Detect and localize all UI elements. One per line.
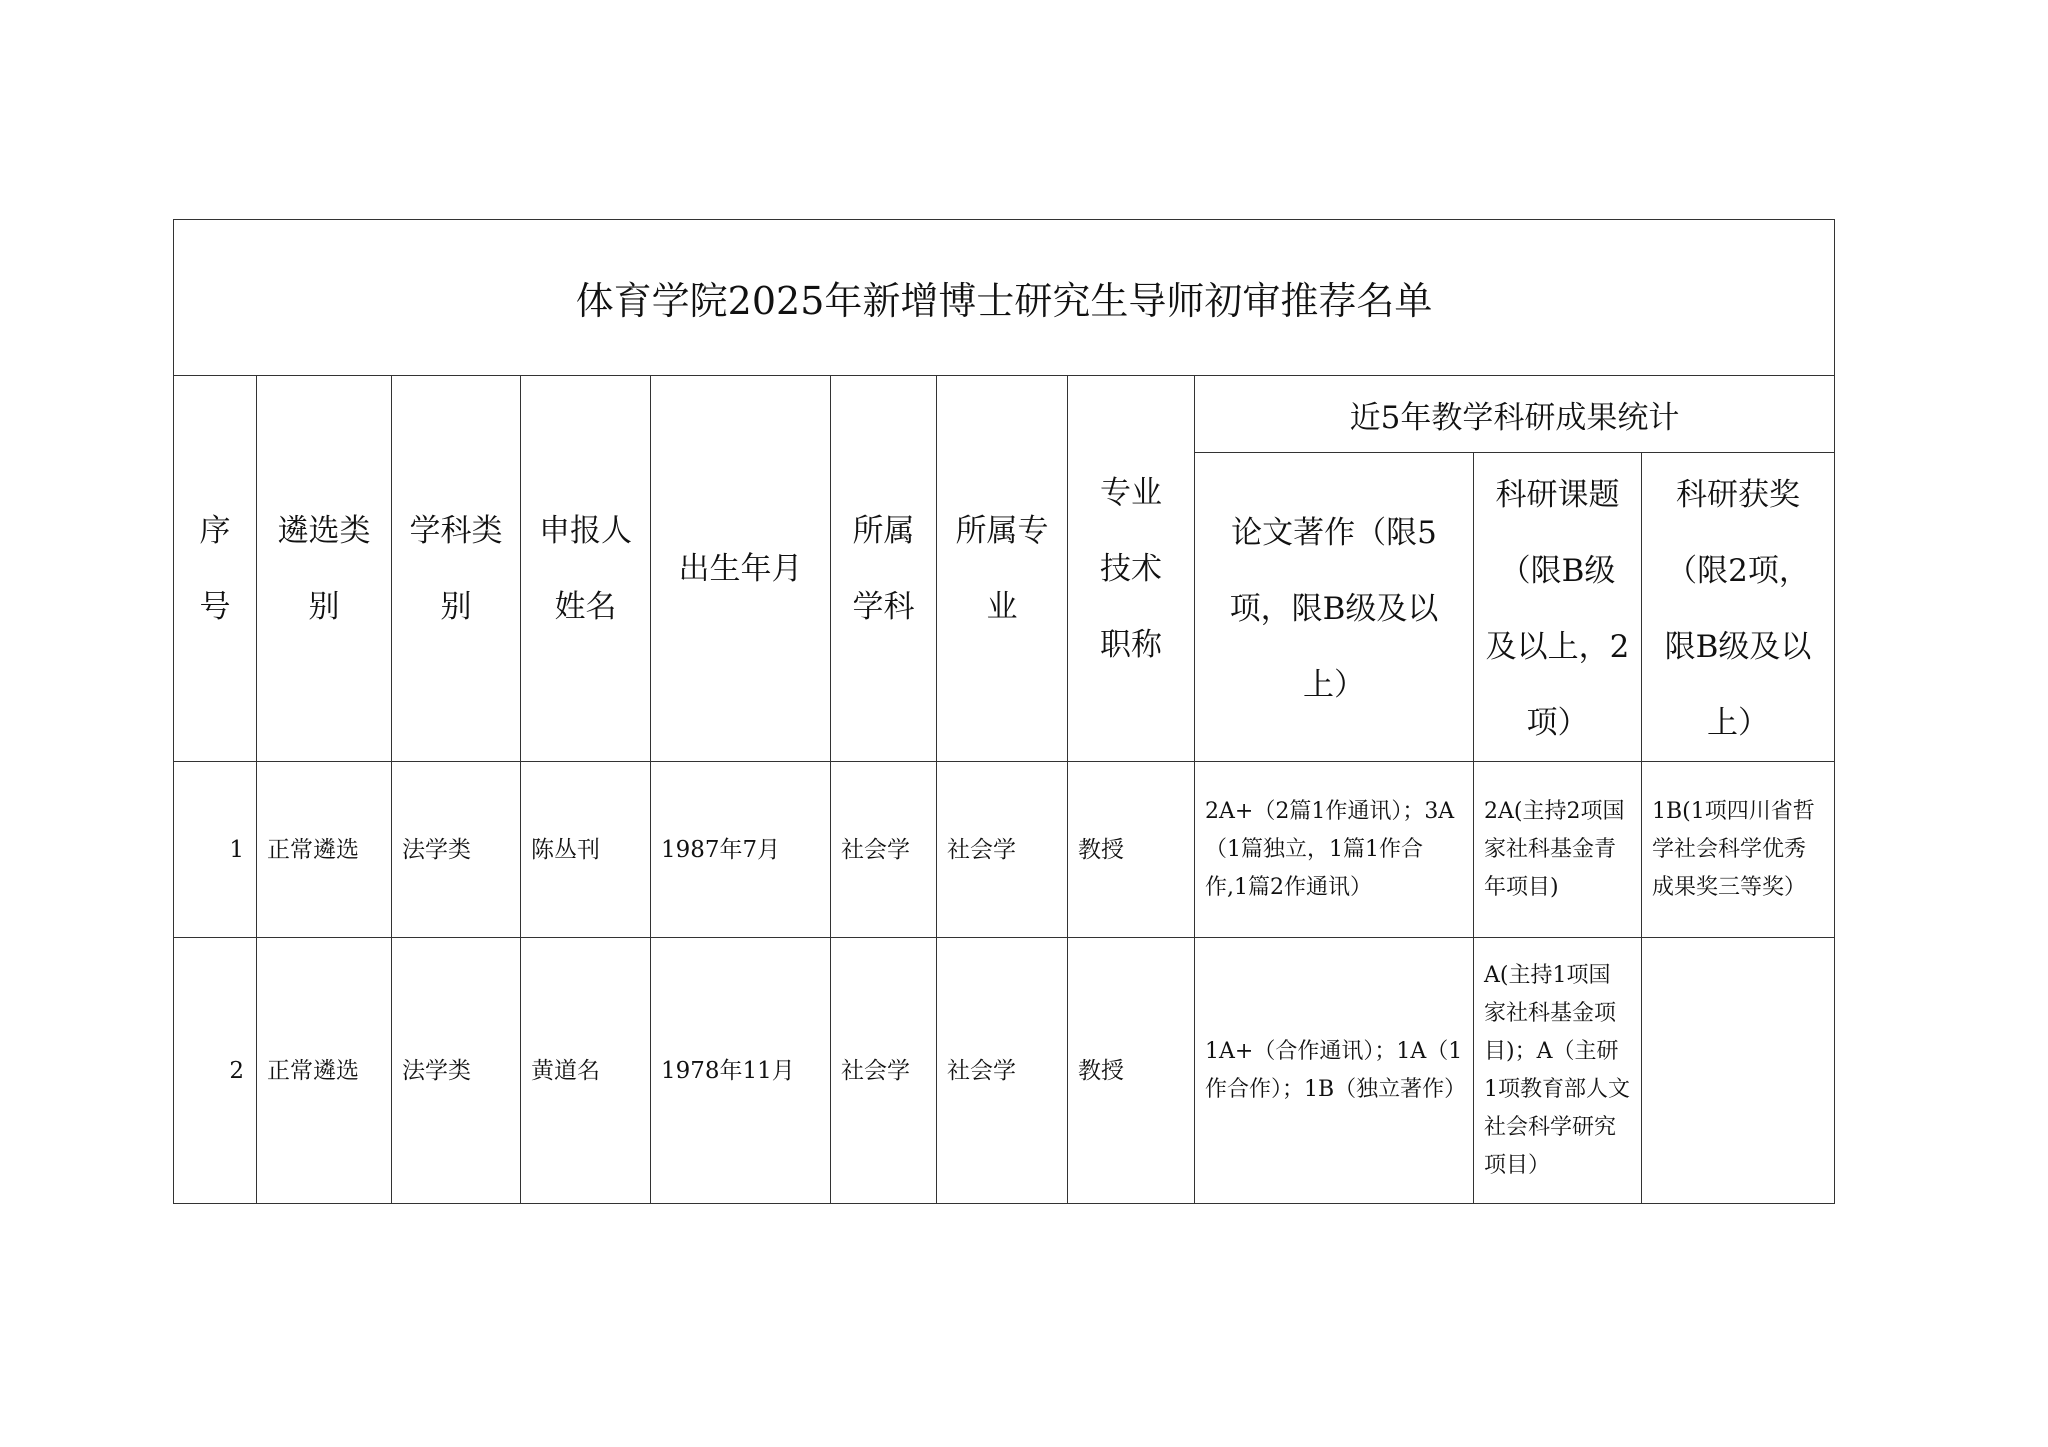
header-discipline-label: 所属学科 — [848, 493, 920, 645]
header-awards-label: 科研获奖（限2项，限B级及以上） — [1653, 457, 1823, 761]
cell-applicant-name: 陈丛刊 — [521, 762, 651, 938]
table-row: 2 正常遴选 法学类 黄道名 1978年11月 社会学 社会学 教授 1A+（合… — [174, 938, 1835, 1204]
header-selection-type-label: 遴选类别 — [270, 493, 378, 645]
cell-applicant-name: 黄道名 — [521, 938, 651, 1204]
header-birth: 出生年月 — [651, 376, 831, 762]
header-projects-label: 科研课题（限B级及以上，2项） — [1485, 457, 1630, 761]
header-seq: 序号 — [174, 376, 257, 762]
table-row: 1 正常遴选 法学类 陈丛刊 1987年7月 社会学 社会学 教授 2A+（2篇… — [174, 762, 1835, 938]
header-discipline: 所属学科 — [831, 376, 937, 762]
cell-projects: A(主持1项国家社科基金项目)；A（主研1项教育部人文社会科学研究项目） — [1474, 938, 1642, 1204]
cell-seq: 2 — [174, 938, 257, 1204]
cell-papers: 1A+（合作通讯）；1A（1作合作）；1B（独立著作） — [1195, 938, 1474, 1204]
cell-birth: 1978年11月 — [651, 938, 831, 1204]
header-applicant-name-label: 申报人姓名 — [532, 493, 640, 645]
cell-discipline: 社会学 — [831, 938, 937, 1204]
header-papers: 论文著作（限5项，限B级及以上） — [1195, 453, 1474, 762]
cell-title: 教授 — [1068, 938, 1195, 1204]
cell-papers: 2A+（2篇1作通讯）；3A（1篇独立，1篇1作合作,1篇2作通讯） — [1195, 762, 1474, 938]
cell-selection-type: 正常遴选 — [257, 938, 392, 1204]
header-seq-label: 序号 — [197, 493, 233, 645]
cell-birth: 1987年7月 — [651, 762, 831, 938]
header-discipline-type-label: 学科类别 — [402, 493, 510, 645]
cell-awards — [1642, 938, 1835, 1204]
header-achievements-group: 近5年教学科研成果统计 — [1195, 376, 1835, 453]
header-major-label: 所属专业 — [948, 493, 1056, 645]
header-discipline-type: 学科类别 — [392, 376, 521, 762]
cell-major: 社会学 — [937, 938, 1068, 1204]
cell-discipline-type: 法学类 — [392, 938, 521, 1204]
cell-major: 社会学 — [937, 762, 1068, 938]
cell-awards: 1B(1项四川省哲学社会科学优秀成果奖三等奖） — [1642, 762, 1835, 938]
header-title: 专业技术职称 — [1068, 376, 1195, 762]
cell-title: 教授 — [1068, 762, 1195, 938]
cell-projects: 2A(主持2项国家社科基金青年项目) — [1474, 762, 1642, 938]
recommendation-sheet: 体育学院2025年新增博士研究生导师初审推荐名单 序号 遴选类别 学科类别 申报… — [173, 219, 1834, 1198]
document-title: 体育学院2025年新增博士研究生导师初审推荐名单 — [174, 220, 1835, 376]
header-title-label: 专业技术职称 — [1095, 455, 1167, 683]
recommendation-table: 体育学院2025年新增博士研究生导师初审推荐名单 序号 遴选类别 学科类别 申报… — [173, 219, 1835, 1204]
header-selection-type: 遴选类别 — [257, 376, 392, 762]
header-projects: 科研课题（限B级及以上，2项） — [1474, 453, 1642, 762]
header-major: 所属专业 — [937, 376, 1068, 762]
header-papers-label: 论文著作（限5项，限B级及以上） — [1209, 495, 1459, 723]
header-applicant-name: 申报人姓名 — [521, 376, 651, 762]
cell-seq: 1 — [174, 762, 257, 938]
cell-discipline-type: 法学类 — [392, 762, 521, 938]
cell-discipline: 社会学 — [831, 762, 937, 938]
header-awards: 科研获奖（限2项，限B级及以上） — [1642, 453, 1835, 762]
cell-selection-type: 正常遴选 — [257, 762, 392, 938]
